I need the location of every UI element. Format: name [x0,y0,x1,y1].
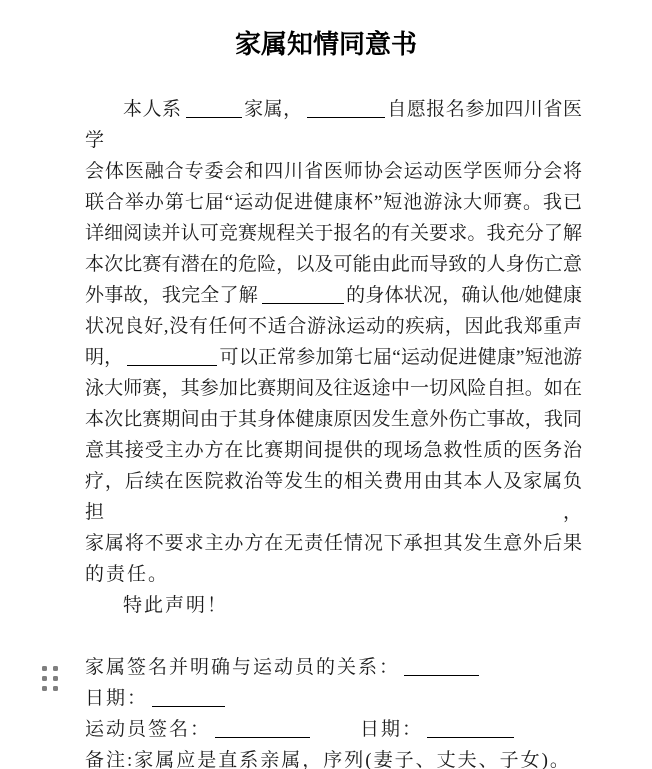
athlete-signature-label: 运动员签名： [85,719,211,740]
text-segment: 本人系 [123,99,182,120]
blank-line-spacer [85,621,582,652]
family-date-label: 日期： [85,688,148,709]
blank-athlete-name-2 [262,303,344,304]
note-line: 备注:家属应是直系亲属，序列(妻子、丈夫、子女)。 [85,745,582,769]
document-body: 本人系家属，自愿报名参加四川省医学 会体医融合专委会和四川省医师协会运动医学医师… [85,94,582,769]
document-title: 家属知情同意书 [0,29,652,59]
paragraph-line: 会体医融合专委会和四川省医师协会运动医学医师分会将 [85,156,582,187]
paragraph-line: 状况良好,没有任何不适合游泳运动的疾病，因此我郑重声 [85,311,582,342]
declaration-line: 特此声明！ [85,590,582,621]
paragraph-line: 联合举办第七届“运动促进健康杯”短池游泳大师赛。我已 [85,187,582,218]
blank-athlete-name [307,117,385,118]
paragraph-line: 详细阅读并认可竞赛规程关于报名的有关要求。我充分了解 [85,218,582,249]
document-page: 家属知情同意书 本人系家属，自愿报名参加四川省医学 会体医融合专委会和四川省医师… [0,0,652,769]
text-segment: 外事故，我完全了解 [85,285,258,306]
text-segment: 家属， [244,99,303,120]
blank-athlete-signature [215,737,310,738]
blank-family-name [186,117,242,118]
athlete-signature-line: 运动员签名：日期： [85,714,582,745]
text-segment: 可以正常参加第七届“运动促进健康”短池游 [219,347,582,368]
paragraph-line: 外事故，我完全了解的身体状况，确认他/她健康 [85,280,582,311]
paragraph-line: 明，可以正常参加第七届“运动促进健康”短池游 [85,342,582,373]
blank-athlete-date [427,737,514,738]
paragraph-line: 本次比赛有潜在的危险，以及可能由此而导致的人身伤亡意 [85,249,582,280]
paragraph-line: 本次比赛期间由于其身体健康原因发生意外伤亡事故，我同 [85,404,582,435]
blank-athlete-name-3 [127,365,217,366]
paragraph-line: 意其接受主办方在比赛期间提供的现场急救性质的医务治 [85,435,582,466]
athlete-date-label: 日期： [360,719,423,740]
blank-family-signature [404,675,479,676]
text-segment: 的身体状况，确认他/她健康 [346,285,582,306]
paragraph-line: 家属将不要求主办方在无责任情况下承担其发生意外后果 [85,528,582,559]
paragraph-line: 的责任。 [85,559,582,590]
text-segment: 明， [85,347,123,368]
blank-family-date [152,706,225,707]
family-signature-line: 家属签名并明确与运动员的关系： [85,652,582,683]
family-signature-label: 家属签名并明确与运动员的关系： [85,657,400,678]
paragraph-line: 疗，后续在医院救治等发生的相关费用由其本人及家属负担， [85,466,582,528]
drag-handle-icon[interactable] [42,666,58,691]
paragraph-line: 泳大师赛，其参加比赛期间及往返途中一切风险自担。如在 [85,373,582,404]
paragraph-line: 本人系家属，自愿报名参加四川省医学 [85,94,582,156]
family-date-line: 日期： [85,683,582,714]
